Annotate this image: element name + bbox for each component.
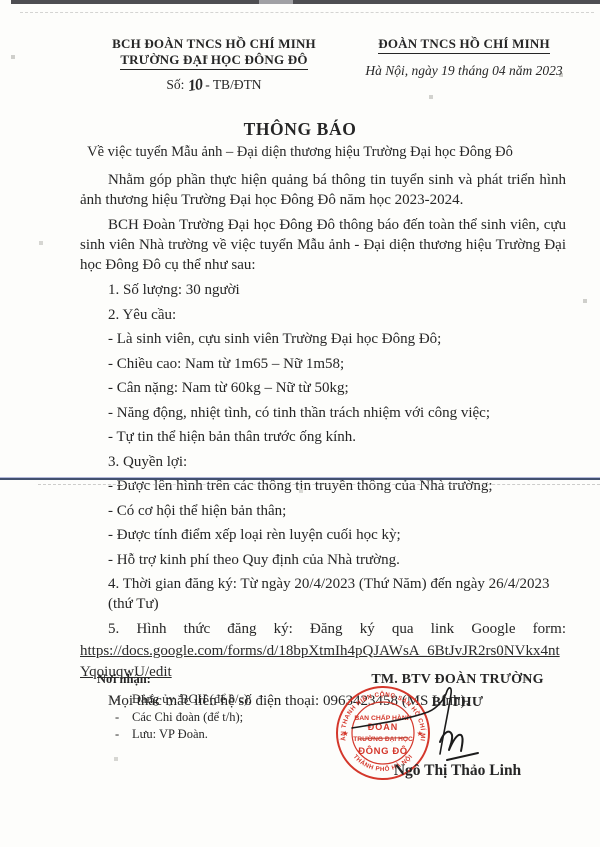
document-number: Số: 10 - TB/ĐTN — [88, 76, 340, 94]
org-name-line2: TRƯỜNG ĐẠI HỌC ĐÔNG ĐÔ — [88, 52, 340, 70]
signer-name: Ngô Thị Thảo Linh — [345, 762, 570, 780]
list-item: 4. Thời gian đăng ký: Từ ngày 20/4/2023 … — [80, 574, 566, 614]
issuing-org-block: BCH ĐOÀN TNCS HỒ CHÍ MINH TRƯỜNG ĐẠI HỌC… — [88, 36, 340, 94]
doc-number-suffix: - TB/ĐTN — [205, 77, 261, 92]
recipient-item: -Lưu: VP Đoàn. — [115, 726, 252, 744]
org-name-line1: BCH ĐOÀN TNCS HỒ CHÍ MINH — [88, 36, 340, 52]
recipient-item: -Đảng ủy, BGH (để b/c); — [115, 691, 252, 709]
scan-fold-line — [0, 477, 600, 485]
paragraph-announce: BCH Đoàn Trường Đại học Đông Đô thông bá… — [80, 215, 566, 275]
scanned-document: BCH ĐOÀN TNCS HỒ CHÍ MINH TRƯỜNG ĐẠI HỌC… — [0, 0, 600, 847]
list-item: - Được tính điểm xếp loại rèn luyện cuối… — [80, 525, 566, 545]
date-line: Hà Nội, ngày 19 tháng 04 năm 2023 — [344, 63, 584, 79]
scan-dashed-line — [20, 12, 594, 13]
doc-number-prefix: Số: — [166, 77, 184, 92]
document-footer: Nơi nhận: -Đảng ủy, BGH (để b/c); -Các C… — [0, 668, 600, 828]
recipient-item: -Các Chi đoàn (để t/h); — [115, 709, 252, 727]
recipients-list: -Đảng ủy, BGH (để b/c); -Các Chi đoàn (đ… — [115, 691, 252, 744]
union-name: ĐOÀN TNCS HỒ CHÍ MINH — [344, 36, 584, 54]
list-item: 1. Số lượng: 30 người — [80, 280, 566, 300]
union-header-block: ĐOÀN TNCS HỒ CHÍ MINH Hà Nội, ngày 19 th… — [344, 36, 584, 94]
doc-number-handwritten: 10 — [187, 76, 204, 96]
list-item: - Là sinh viên, cựu sinh viên Trường Đại… — [80, 329, 566, 349]
list-item: 2. Yêu cầu: — [80, 305, 566, 325]
list-item: - Hỗ trợ kinh phí theo Quy định của Nhà … — [80, 550, 566, 570]
registration-method-line: 5. Hình thức đăng ký: Đăng ký qua link G… — [80, 619, 566, 639]
page-subtitle: Về việc tuyển Mẫu ảnh – Đại diện thương … — [0, 142, 600, 162]
recipients-label: Nơi nhận: — [97, 672, 151, 687]
document-header: BCH ĐOÀN TNCS HỒ CHÍ MINH TRƯỜNG ĐẠI HỌC… — [0, 36, 600, 94]
list-item: - Cân nặng: Nam từ 60kg – Nữ từ 50kg; — [80, 378, 566, 398]
list-item: - Chiều cao: Nam từ 1m65 – Nữ 1m58; — [80, 354, 566, 374]
list-item: - Tự tin thể hiện bản thân trước ống kín… — [80, 427, 566, 447]
list-item: - Năng động, nhiệt tình, có tinh thần tr… — [80, 403, 566, 423]
scan-edge-bar — [11, 0, 600, 4]
document-body: Nhằm góp phần thực hiện quảng bá thông t… — [80, 170, 566, 711]
paragraph-intro: Nhằm góp phần thực hiện quảng bá thông t… — [80, 170, 566, 210]
list-item: 3. Quyền lợi: — [80, 452, 566, 472]
list-item: - Có cơ hội thể hiện bản thân; — [80, 501, 566, 521]
scan-noise — [0, 0, 2, 2]
